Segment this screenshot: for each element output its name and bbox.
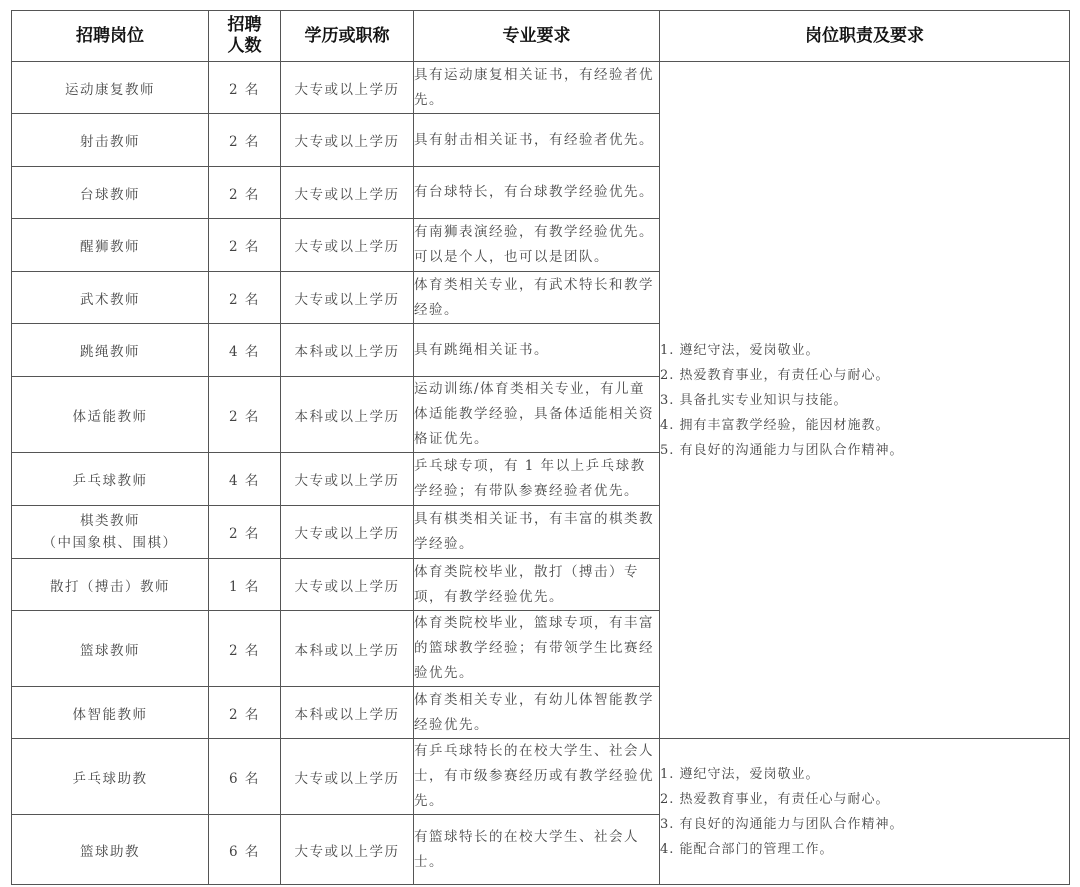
education-cell: 大专或以上学历	[281, 167, 414, 219]
position-line2: （中国象棋、围棋）	[43, 535, 178, 551]
position-cell: 篮球教师	[12, 611, 209, 687]
education-cell: 大专或以上学历	[281, 62, 414, 114]
count-cell: 2 名	[209, 506, 281, 559]
header-count-line2: 人数	[228, 36, 262, 56]
duties-assistants-cell: 1. 遵纪守法，爱岗敬业。 2. 热爱教育事业，有责任心与耐心。 3. 有良好的…	[660, 739, 1070, 885]
count-cell: 2 名	[209, 611, 281, 687]
count-cell: 2 名	[209, 167, 281, 219]
education-cell: 大专或以上学历	[281, 506, 414, 559]
position-cell: 乒乓球助教	[12, 739, 209, 815]
count-cell: 2 名	[209, 62, 281, 114]
requirement-cell: 具有棋类相关证书，有丰富的棋类教学经验。	[414, 506, 660, 559]
requirement-cell: 具有跳绳相关证书。	[414, 324, 660, 377]
position-cell: 乒乓球教师	[12, 453, 209, 506]
education-cell: 大专或以上学历	[281, 114, 414, 167]
count-cell: 4 名	[209, 324, 281, 377]
requirement-cell: 体育类相关专业，有武术特长和教学经验。	[414, 272, 660, 324]
count-cell: 6 名	[209, 739, 281, 815]
requirement-cell: 乒乓球专项，有 1 年以上乒乓球教学经验；有带队参赛经验者优先。	[414, 453, 660, 506]
requirement-cell: 有乒乓球特长的在校大学生、社会人士，有市级参赛经历或有教学经验优先。	[414, 739, 660, 815]
education-cell: 本科或以上学历	[281, 687, 414, 739]
education-cell: 本科或以上学历	[281, 377, 414, 453]
requirement-cell: 具有射击相关证书，有经验者优先。	[414, 114, 660, 167]
position-cell: 运动康复教师	[12, 62, 209, 114]
duties-teachers-cell: 1. 遵纪守法，爱岗敬业。 2. 热爱教育事业，有责任心与耐心。 3. 具备扎实…	[660, 62, 1070, 739]
header-count: 招聘人数	[209, 11, 281, 62]
duty-item: 4. 拥有丰富教学经验，能因材施教。	[660, 413, 1069, 438]
education-cell: 本科或以上学历	[281, 611, 414, 687]
requirement-cell: 有南狮表演经验，有教学经验优先。可以是个人，也可以是团队。	[414, 219, 660, 272]
header-row: 招聘岗位 招聘人数 学历或职称 专业要求 岗位职责及要求	[12, 11, 1070, 62]
position-cell: 棋类教师（中国象棋、围棋）	[12, 506, 209, 559]
position-cell: 体适能教师	[12, 377, 209, 453]
count-cell: 6 名	[209, 815, 281, 885]
education-cell: 大专或以上学历	[281, 453, 414, 506]
header-requirement: 专业要求	[414, 11, 660, 62]
requirement-cell: 有台球特长，有台球教学经验优先。	[414, 167, 660, 219]
count-cell: 1 名	[209, 559, 281, 611]
duty-item: 4. 能配合部门的管理工作。	[660, 837, 1069, 862]
education-cell: 本科或以上学历	[281, 324, 414, 377]
duty-item: 1. 遵纪守法，爱岗敬业。	[660, 762, 1069, 787]
requirement-cell: 有篮球特长的在校大学生、社会人士。	[414, 815, 660, 885]
requirement-cell: 运动训练/体育类相关专业，有儿童体适能教学经验，具备体适能相关资格证优先。	[414, 377, 660, 453]
position-cell: 篮球助教	[12, 815, 209, 885]
header-count-line1: 招聘	[228, 15, 262, 35]
position-cell: 醒狮教师	[12, 219, 209, 272]
count-cell: 2 名	[209, 219, 281, 272]
duty-item: 5. 有良好的沟通能力与团队合作精神。	[660, 438, 1069, 463]
recruitment-table: 招聘岗位 招聘人数 学历或职称 专业要求 岗位职责及要求 运动康复教师 2 名 …	[11, 10, 1070, 885]
education-cell: 大专或以上学历	[281, 219, 414, 272]
position-line1: 棋类教师	[80, 513, 140, 529]
education-cell: 大专或以上学历	[281, 739, 414, 815]
duty-item: 3. 具备扎实专业知识与技能。	[660, 388, 1069, 413]
position-cell: 体智能教师	[12, 687, 209, 739]
duty-item: 2. 热爱教育事业，有责任心与耐心。	[660, 363, 1069, 388]
count-cell: 2 名	[209, 687, 281, 739]
header-education: 学历或职称	[281, 11, 414, 62]
education-cell: 大专或以上学历	[281, 559, 414, 611]
position-cell: 跳绳教师	[12, 324, 209, 377]
count-cell: 2 名	[209, 272, 281, 324]
requirement-cell: 具有运动康复相关证书，有经验者优先。	[414, 62, 660, 114]
table-row: 运动康复教师 2 名 大专或以上学历 具有运动康复相关证书，有经验者优先。 1.…	[12, 62, 1070, 114]
count-cell: 2 名	[209, 377, 281, 453]
header-position: 招聘岗位	[12, 11, 209, 62]
position-cell: 射击教师	[12, 114, 209, 167]
education-cell: 大专或以上学历	[281, 272, 414, 324]
education-cell: 大专或以上学历	[281, 815, 414, 885]
header-duties: 岗位职责及要求	[660, 11, 1070, 62]
count-cell: 2 名	[209, 114, 281, 167]
position-cell: 台球教师	[12, 167, 209, 219]
duty-item: 1. 遵纪守法，爱岗敬业。	[660, 338, 1069, 363]
requirement-cell: 体育类相关专业，有幼儿体智能教学经验优先。	[414, 687, 660, 739]
position-cell: 武术教师	[12, 272, 209, 324]
position-cell: 散打（搏击）教师	[12, 559, 209, 611]
requirement-cell: 体育类院校毕业，篮球专项，有丰富的篮球教学经验；有带领学生比赛经验优先。	[414, 611, 660, 687]
count-cell: 4 名	[209, 453, 281, 506]
table-row: 乒乓球助教 6 名 大专或以上学历 有乒乓球特长的在校大学生、社会人士，有市级参…	[12, 739, 1070, 815]
duty-item: 3. 有良好的沟通能力与团队合作精神。	[660, 812, 1069, 837]
duty-item: 2. 热爱教育事业，有责任心与耐心。	[660, 787, 1069, 812]
requirement-cell: 体育类院校毕业，散打（搏击）专项，有教学经验优先。	[414, 559, 660, 611]
